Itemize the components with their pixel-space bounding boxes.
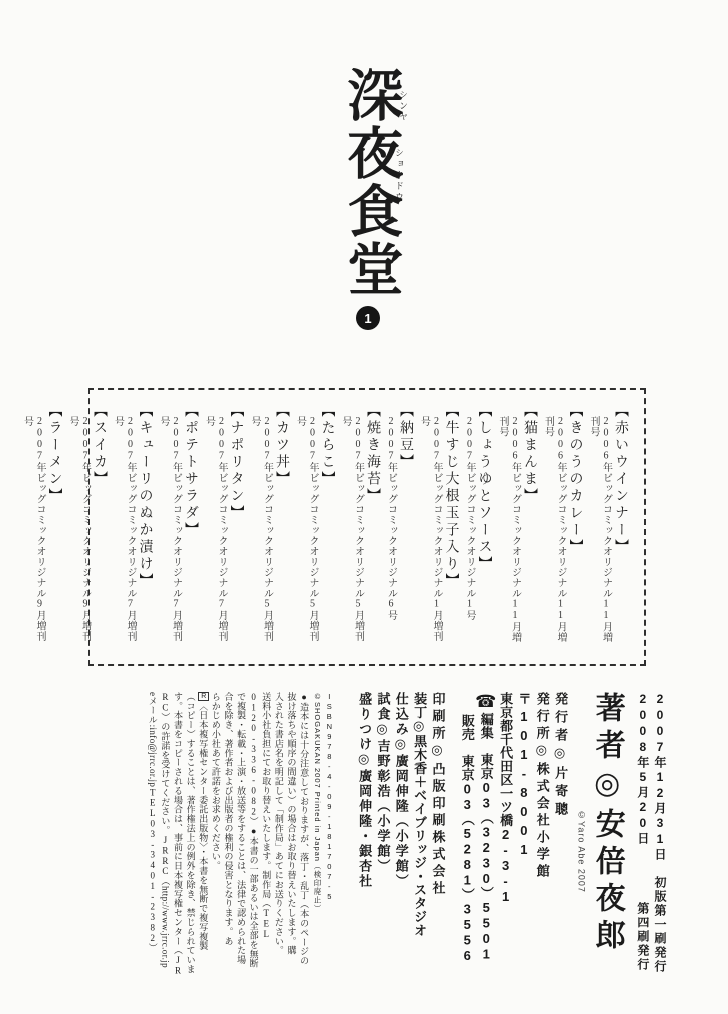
fine-print-col: 抜け落ちや順序の間違い）の場合はお取り替えいたします。購	[286, 692, 297, 1010]
fine-print-col: らかじめ小社あて許諾をお求めください。	[210, 692, 221, 1010]
shikomi-line: 仕込み◎廣岡伸隆（小学館）	[393, 692, 408, 1010]
fine-print-col: eメール:info@jrrc.or.jpTEL03-3401-2382）	[147, 692, 158, 1010]
first-printing-date: 2007年12月31日 初版第一刷発行	[653, 692, 667, 1010]
printer-line: 印刷所◎凸版印刷株式会社	[430, 692, 445, 1010]
shishoku-line: 試食◎吉野彰浩（小学館）	[375, 692, 390, 1010]
chapter-title: 【牛すじ大根玉子入り】	[442, 403, 460, 651]
volume-badge: 1	[356, 306, 380, 330]
copyright-note: ©Yaro Abe 2007	[576, 692, 587, 1010]
furigana-shokudo: ショクドウ	[394, 148, 403, 203]
chapter-source: 2007年ビッグコミックオリジナル7月増刊号	[202, 403, 227, 651]
chapter-source: 2007年ビッグコミックオリジナル7月増刊号	[111, 403, 136, 651]
chapter-source: 2006年ビッグコミックオリジナル11月増刊号	[587, 403, 612, 651]
book-title: 深夜食堂	[338, 66, 402, 316]
colophon: 2007年12月31日 初版第一刷発行 2008年5月20日 第四刷発行 著者◎…	[50, 692, 670, 1010]
chapter-entry: 【ラーメン】 2007年ビッグコミックオリジナル9月増刊号	[20, 403, 63, 651]
phone-sales-line: 販売 東京03（5281）3556	[459, 692, 474, 1010]
chapter-source: 2007年ビッグコミックオリジナル1月増刊号	[417, 403, 442, 651]
colophon-page: { "page": { "background": "#fbfbf9", "in…	[0, 0, 728, 1014]
fine-print-col: 送料小社負担にてお取り替えいたします。制作局（TEL	[261, 692, 272, 1010]
chapter-title: 【キューリのぬか漬け】	[136, 403, 154, 651]
chapter-title: 【赤いウインナー】	[612, 403, 630, 651]
chapter-entry: 【しょうゆとソース】 2007年ビッグコミックオリジナル1号	[463, 403, 493, 651]
jrrc-phone: TEL03-3401-2382）	[148, 787, 158, 952]
chapter-source: 2006年ビッグコミックオリジナル11月増刊号	[541, 403, 566, 651]
chapter-title: 【しょうゆとソース】	[475, 403, 493, 651]
furigana-shinya: シンヤ	[398, 90, 407, 123]
fine-print-col: R〈日本複写権センター委託出版物〉・本書を無断で複写複製	[198, 692, 209, 1010]
fine-print-col: 0120-336-082）●本書の一部あるいは全部を無断	[248, 692, 259, 1010]
chapter-entry: 【キューリのぬか漬け】 2007年ビッグコミックオリジナル7月増刊号	[111, 403, 154, 651]
address-line: 東京都千代田区一ツ橋2-3-1	[498, 692, 513, 1010]
chapter-title: 【ラーメン】	[45, 403, 63, 651]
chapter-entry: 【赤いウインナー】 2006年ビッグコミックオリジナル11月増刊号	[587, 403, 630, 651]
fine-print-col: す。本書をコピーされる場合は、事前に日本複写権センター（JR	[172, 692, 183, 1010]
chapter-source: 2007年ビッグコミックオリジナル5月増刊号	[248, 403, 273, 651]
chapter-entry: 【ポテトサラダ】 2007年ビッグコミックオリジナル7月増刊号	[157, 403, 200, 651]
volume-number: 1	[364, 311, 371, 326]
jrrc-url: http://www.jrrc.or.jp	[160, 886, 170, 968]
fine-print-text: 〈日本複写権センター委託出版物〉・本書を無断で複写複製	[198, 701, 208, 950]
chapter-entry: 【たらこ】 2007年ビッグコミックオリジナル5月増刊号	[293, 403, 336, 651]
shogakukan-copyright-line: ©SHOGAKUKAN 2007 Printed in Japan（検印廃止）	[312, 692, 321, 1010]
publisher-line: 発行所◎株式会社小学館	[534, 692, 549, 1010]
fine-print-col: RC）の許諾を受けてください。JRRC（http://www.jrrc.or.j…	[160, 692, 171, 1010]
chapter-source: 2007年ビッグコミックオリジナル9月増刊号	[20, 403, 45, 651]
postal-code: 〒101-8001	[516, 692, 531, 1010]
chapter-entry: 【スイカ】 2007年ビッグコミックオリジナル9月増刊号	[66, 403, 109, 651]
chapter-entry: 【焼き海苔】 2007年ビッグコミックオリジナル5月増刊号	[339, 403, 382, 651]
chapter-title: 【たらこ】	[318, 403, 336, 651]
chapter-entry: 【猫まんま】 2006年ビッグコミックオリジナル11月増刊号	[496, 403, 539, 651]
moritsuke-line: 盛りつけ◎廣岡伸隆・銀杏社	[357, 692, 372, 1010]
chapter-title: 【猫まんま】	[521, 403, 539, 651]
chapter-source: 2007年ビッグコミックオリジナル5月増刊号	[339, 403, 364, 651]
chapter-list-box: 【赤いウインナー】 2006年ビッグコミックオリジナル11月増刊号 【きのうのカ…	[88, 388, 646, 666]
chapter-source: 2007年ビッグコミックオリジナル6号	[384, 403, 397, 651]
issuer-line: 発行者◎片寄聰	[553, 692, 568, 1010]
phone-icon: ☎	[477, 692, 496, 713]
fine-print-col: 入された書店名を明記して「制作局」あてにお送りください。	[273, 692, 284, 1010]
chapter-source: 2007年ビッグコミックオリジナル5月増刊号	[293, 403, 318, 651]
fine-print-col: ●造本には十分注意しておりますが、落丁・乱丁（本のページの	[299, 692, 310, 1010]
chapter-title: 【焼き海苔】	[364, 403, 382, 651]
fine-print-col: 合を除き、著作者および出版者の権利の侵害となります。あ	[223, 692, 234, 1010]
chapter-source: 2007年ビッグコミックオリジナル9月増刊号	[66, 403, 91, 651]
fine-print-col: で複製・転載・上演・放送等をすることは、法律で認められた場	[235, 692, 246, 1010]
jrrc-email: eメール:info@jrrc.or.jp	[148, 692, 158, 787]
jrrc-r-mark: R	[198, 692, 209, 701]
chapter-source: 2007年ビッグコミックオリジナル1号	[463, 403, 476, 651]
chapter-entry: 【カツ丼】 2007年ビッグコミックオリジナル5月増刊号	[248, 403, 291, 651]
chapter-title: 【ポテトサラダ】	[182, 403, 200, 651]
chapter-source: 2006年ビッグコミックオリジナル11月増刊号	[496, 403, 521, 651]
author-line: 著者◎安倍夜郎	[591, 692, 624, 1010]
chapter-title: 【納豆】	[397, 403, 415, 651]
fine-print-text: RC）の許諾を受けてください。JRRC（	[160, 692, 170, 886]
chapter-title: 【カツ丼】	[273, 403, 291, 651]
fine-print-col: （コピー）することは、著作権法上の例外を除き、禁じられていま	[185, 692, 196, 1010]
fourth-printing-date: 2008年5月20日 第四刷発行	[636, 692, 650, 1010]
chapter-title: 【ナポリタン】	[227, 403, 245, 651]
phone-edit-line: ☎編集 東京03（3230）5501	[478, 692, 495, 1010]
chapter-title: 【きのうのカレー】	[566, 403, 584, 651]
phone-edit-text: 編集 東京03（3230）5501	[479, 713, 494, 963]
design-line: 装丁◎黒木香＋ベイブリッジ・スタジオ	[412, 692, 427, 1010]
chapter-entry: 【ナポリタン】 2007年ビッグコミックオリジナル7月増刊号	[202, 403, 245, 651]
chapter-source: 2007年ビッグコミックオリジナル7月増刊号	[157, 403, 182, 651]
chapter-title: 【スイカ】	[91, 403, 109, 651]
chapter-entry: 【きのうのカレー】 2006年ビッグコミックオリジナル11月増刊号	[541, 403, 584, 651]
isbn-line: ISBN978-4-09-181707-5	[324, 692, 333, 1010]
chapter-entry: 【納豆】 2007年ビッグコミックオリジナル6号	[384, 403, 414, 651]
chapter-entry: 【牛すじ大根玉子入り】 2007年ビッグコミックオリジナル1月増刊号	[417, 403, 460, 651]
